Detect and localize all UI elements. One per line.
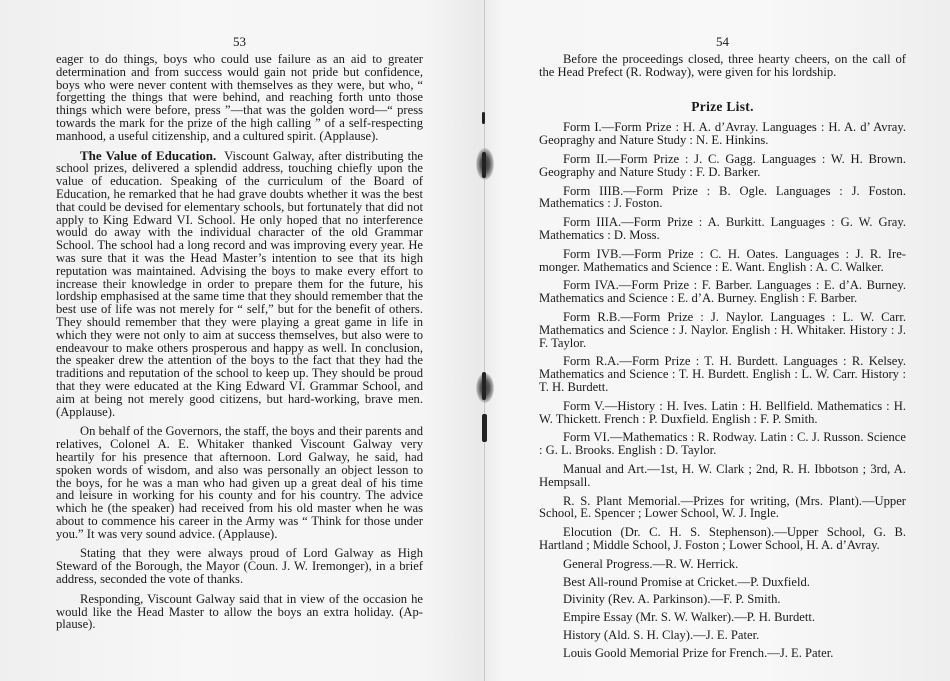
prize-entry: Empire Essay (Mr. S. W. Walker).—P. H. B… — [539, 611, 906, 624]
staple-top-pin — [482, 152, 486, 178]
staple-top — [482, 112, 485, 124]
staple-bottom — [482, 372, 486, 400]
page-body: Before the proceedings closed, three hea… — [539, 53, 906, 664]
spine-fold — [484, 0, 485, 681]
prize-entry: R. S. Plant Memorial.—Prizes for writing… — [539, 495, 906, 521]
staple-bottom-tail — [482, 414, 487, 442]
paragraph-text: Viscount Galway, after distributing the … — [56, 149, 423, 419]
prize-entry: Form R.A.—Form Prize : T. H. Burdett. La… — [539, 355, 906, 393]
prize-entry: Louis Goold Memorial Prize for French.—J… — [539, 647, 906, 660]
page-number: 53 — [56, 34, 423, 50]
prize-entry: Form R.B.—Form Prize : J. Naylor. Langua… — [539, 311, 906, 349]
prize-entry: Best All-round Promise at Cricket.—P. Du… — [539, 576, 906, 589]
prize-entry: History (Ald. S. H. Clay).—J. E. Pater. — [539, 629, 906, 642]
prize-entry: General Progress.—R. W. Herrick. — [539, 558, 906, 571]
paragraph: Stating that they were always proud of L… — [56, 547, 423, 585]
prize-entry: Form I.—Form Prize : H. A. d’Avray. Lang… — [539, 121, 906, 147]
prize-entry: Form IIIA.—Form Prize : A. Burkitt. Lang… — [539, 216, 906, 242]
prize-entry: Form IVA.—Form Prize : F. Barber. Langua… — [539, 279, 906, 305]
prize-entry: Form V.—History : H. Ives. Latin : H. Be… — [539, 400, 906, 426]
section-title: The Value of Education. — [80, 148, 216, 163]
prize-entry: Manual and Art.—1st, H. W. Clark ; 2nd, … — [539, 463, 906, 489]
intro-paragraph: Before the proceedings closed, three hea… — [539, 53, 906, 79]
prize-entry: Divinity (Rev. A. Parkinson).—F. P. Smit… — [539, 593, 906, 606]
prize-entry: Form IVB.—Form Prize : C. H. Oates. Lang… — [539, 248, 906, 274]
prize-entry: Form II.—Form Prize : J. C. Gagg. Langua… — [539, 153, 906, 179]
paragraph: Responding, Viscount Galway said that in… — [56, 593, 423, 631]
paragraph: On behalf of the Governors, the staff, t… — [56, 425, 423, 540]
paragraph: eager to do things, boys who could use f… — [56, 53, 423, 143]
prize-entry: Form IIIB.—Form Prize : B. Ogle. Languag… — [539, 185, 906, 211]
prize-list-heading: Prize List. — [539, 101, 906, 114]
booklet-spread: 53 eager to do things, boys who could us… — [0, 0, 950, 681]
page-body: eager to do things, boys who could use f… — [56, 53, 423, 638]
page-number: 54 — [539, 34, 906, 50]
paragraph-value-of-education: The Value of Education. Viscount Galway,… — [56, 150, 423, 419]
prize-entry: Elocution (Dr. C. H. S. Stephenson).—Upp… — [539, 526, 906, 552]
prize-entry: Form VI.—Mathematics : R. Rodway. Latin … — [539, 431, 906, 457]
